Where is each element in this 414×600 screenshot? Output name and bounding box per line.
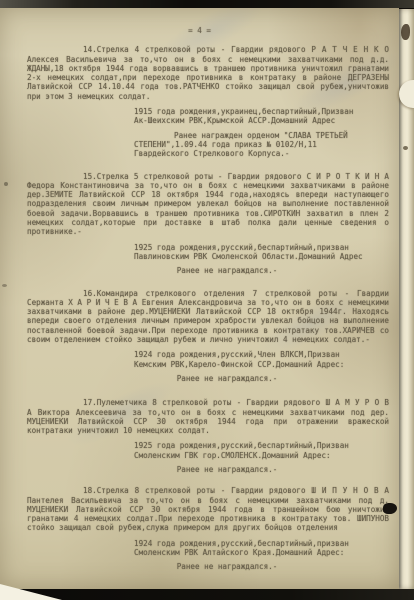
- entry-award-note: Ранее не награждался.-: [0, 374, 399, 383]
- entry-paragraph: 15.Стрелка 5 стрелковой роты - Гвардии р…: [27, 172, 389, 237]
- entry-details: 1915 года рождения,украинец,беспартийный…: [134, 107, 371, 126]
- entry-details: 1925 года рождения,русский,беспартийный,…: [134, 243, 371, 262]
- entry-16: 16.Командира стрелкового отделения 7 стр…: [0, 289, 399, 384]
- typewritten-text-column: = 4 = 14.Стрелка 4 стрелковой роты - Гва…: [0, 7, 399, 572]
- entry-details: 1924 года рождения,русский,Член ВЛКСМ,Пр…: [134, 350, 371, 369]
- page-number: = 4 =: [0, 26, 399, 35]
- speck: [4, 182, 8, 186]
- entry-award-note: Ранее не награждался.-: [0, 266, 399, 275]
- entry-18: 18.Стрелка 8 стрелковой роты - Гвардии р…: [0, 486, 399, 571]
- entry-paragraph: 16.Командира стрелкового отделения 7 стр…: [27, 289, 389, 345]
- entry-details: 1924 года рождения,русский,беспартийный,…: [134, 539, 371, 558]
- stain: [401, 24, 410, 40]
- entry-paragraph: 18.Стрелка 8 стрелковой роты - Гвардии р…: [27, 486, 389, 532]
- entry-award-note: Ранее не награждался.-: [0, 562, 399, 571]
- document-scan: = 4 = 14.Стрелка 4 стрелковой роты - Гва…: [0, 0, 414, 600]
- entry-17: 17.Пулеметчика 8 стрелковой роты - Гвард…: [0, 398, 399, 474]
- entry-details: 1925 года рождения,русский,беспартийный,…: [134, 441, 371, 460]
- entry-award-note: Ранее не награждался.-: [0, 465, 399, 474]
- entry-15: 15.Стрелка 5 стрелковой роты - Гвардии р…: [0, 172, 399, 276]
- speck: [2, 284, 7, 287]
- scan-edge-top: [0, 0, 414, 8]
- entry-14: 14.Стрелка 4 стрелковой роты - Гвардии р…: [0, 45, 399, 158]
- entry-paragraph: 17.Пулеметчика 8 стрелковой роты - Гвард…: [27, 398, 389, 435]
- entry-award-note: Ранее награжден орденом "СЛАВА ТРЕТЬЕЙ С…: [134, 131, 375, 159]
- speck: [403, 146, 408, 150]
- entry-paragraph: 14.Стрелка 4 стрелковой роты - Гвардии р…: [27, 45, 389, 101]
- folded-corner: [0, 584, 62, 600]
- scan-edge-bottom: [0, 589, 414, 600]
- paper-sheet: = 4 = 14.Стрелка 4 стрелковой роты - Гва…: [0, 7, 399, 589]
